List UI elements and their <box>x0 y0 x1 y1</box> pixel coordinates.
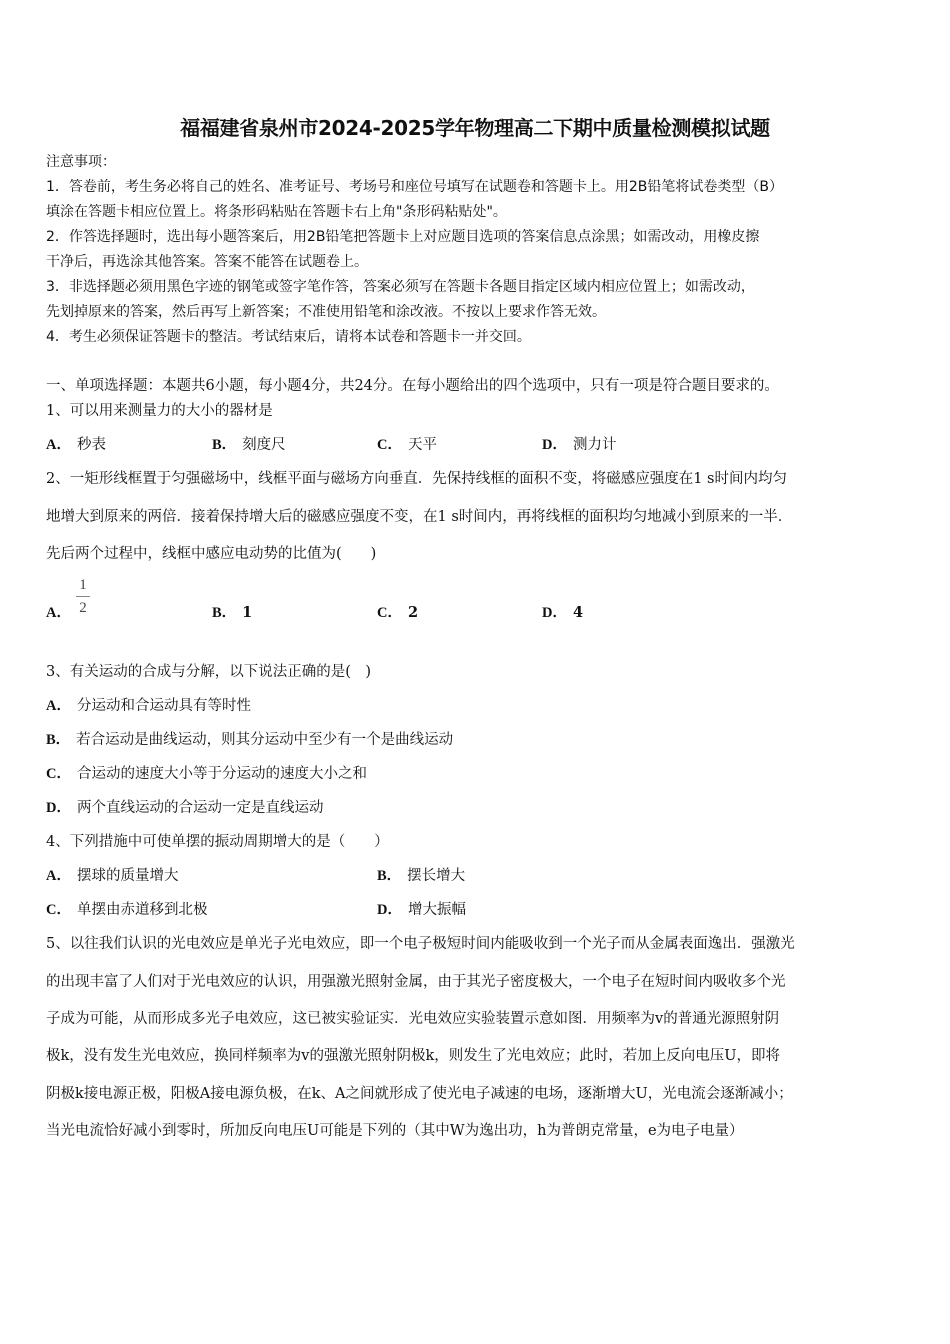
q1-option-d: D．测力计 <box>542 435 616 455</box>
section-heading: 一、单项选择题：本题共6小题，每小题4分，共24分。在每小题给出的四个选项中，只… <box>46 376 779 396</box>
q4-option-a: A．摆球的质量增大 <box>46 866 178 886</box>
notice-line: 先划掉原来的答案，然后再写上新答案；不准使用铅笔和涂改液。不按以上要求作答无效。 <box>46 302 606 322</box>
q2-option-a: A． <box>46 603 77 623</box>
question-5-stem: 的出现丰富了人们对于光电效应的认识，用强激光照射金属，由于其光子密度极大，一个电… <box>46 972 786 992</box>
q2-option-b: B．1 <box>212 603 252 623</box>
notice-line: 4．考生必须保证答题卡的整洁。考试结束后，请将本试卷和答题卡一并交回。 <box>46 327 531 347</box>
question-2-stem: 2、一矩形线框置于匀强磁场中，线框平面与磁场方向垂直．先保持线框的面积不变，将磁… <box>46 469 787 489</box>
question-2-stem: 先后两个过程中，线框中感应电动势的比值为( ) <box>46 544 376 564</box>
q3-option-c: C．合运动的速度大小等于分运动的速度大小之和 <box>46 764 367 784</box>
notice-heading: 注意事项： <box>46 152 116 172</box>
question-5-stem: 当光电流恰好减小到零时，所加反向电压U可能是下列的（其中W为逸出功，h为普朗克常… <box>46 1121 744 1141</box>
q1-option-c: C．天平 <box>377 435 437 455</box>
fraction-bar <box>76 596 90 597</box>
question-5-stem: 阴极k接电源正极，阳极A接电源负极，在k、A之间就形成了使光电子减速的电场，逐渐… <box>46 1084 793 1104</box>
question-5-stem: 子成为可能，从而形成多光子电效应，这已被实验证实．光电效应实验装置示意如图．用频… <box>46 1009 779 1029</box>
question-2-stem: 地增大到原来的两倍．接着保持增大后的磁感应强度不变，在1 s时间内，再将线框的面… <box>46 507 792 527</box>
q4-option-b: B．摆长增大 <box>377 866 465 886</box>
q2-option-c: C．2 <box>377 603 418 623</box>
exam-page: 福福建省泉州市2024-2025学年物理高二下期中质量检测模拟试题 注意事项： … <box>0 0 950 1344</box>
q4-option-c: C．单摆由赤道移到北极 <box>46 900 207 920</box>
question-3-stem: 3、有关运动的合成与分解，以下说法正确的是( ) <box>46 662 371 682</box>
q1-option-a: A．秒表 <box>46 435 106 455</box>
notice-line: 1．答卷前，考生务必将自己的姓名、准考证号、考场号和座位号填写在试题卷和答题卡上… <box>46 177 783 197</box>
question-4-stem: 4、下列措施中可使单摆的振动周期增大的是（ ） <box>46 832 389 852</box>
notice-line: 干净后，再选涂其他答案。答案不能答在试题卷上。 <box>46 252 368 272</box>
page-title: 福福建省泉州市2024-2025学年物理高二下期中质量检测模拟试题 <box>0 112 950 141</box>
notice-line: 2．作答选择题时，选出每小题答案后，用2B铅笔把答题卡上对应题目选项的答案信息点… <box>46 227 759 247</box>
q3-option-d: D．两个直线运动的合运动一定是直线运动 <box>46 798 323 818</box>
notice-line: 填涂在答题卡相应位置上。将条形码粘贴在答题卡右上角"条形码粘贴处"。 <box>46 202 507 222</box>
question-5-stem: 5、以往我们认识的光电效应是单光子光电效应，即一个电子极短时间内能吸收到一个光子… <box>46 934 795 954</box>
q3-option-b: B．若合运动是曲线运动，则其分运动中至少有一个是曲线运动 <box>46 730 453 750</box>
q3-option-a: A．分运动和合运动具有等时性 <box>46 696 251 716</box>
q2-option-d: D．4 <box>542 603 583 623</box>
q1-option-b: B．刻度尺 <box>212 435 286 455</box>
q4-option-d: D．增大振幅 <box>377 900 466 920</box>
question-1-stem: 1、可以用来测量力的大小的器材是 <box>46 401 273 421</box>
question-5-stem: 极k，没有发生光电效应，换同样频率为v的强激光照射阴极k，则发生了光电效应；此时… <box>46 1046 780 1066</box>
fraction-one-half: 1 2 <box>76 576 90 617</box>
notice-line: 3．非选择题必须用黑色字迹的钢笔或签字笔作答，答案必须写在答题卡各题目指定区域内… <box>46 277 755 297</box>
